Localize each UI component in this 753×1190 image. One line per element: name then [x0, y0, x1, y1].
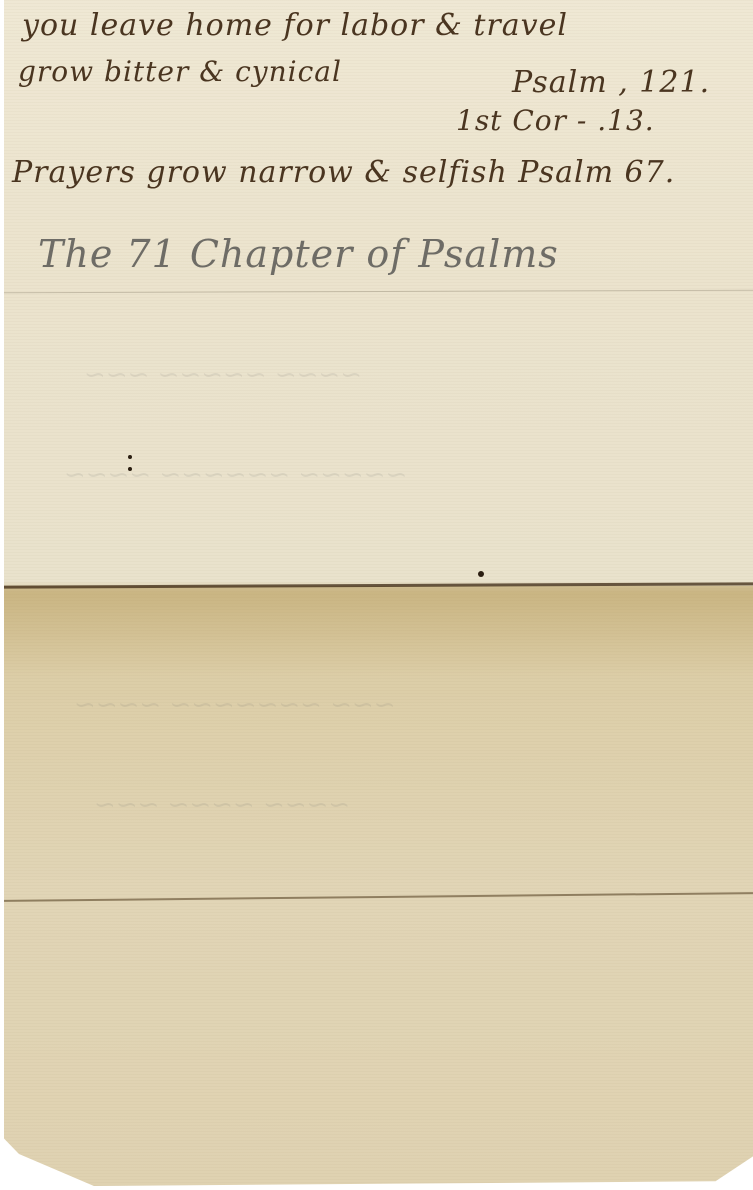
bleed-through-text: ~~~ ~~~~~~~ ~~~~	[74, 690, 396, 720]
letter-sheet: you leave home for labor & travel grow b…	[4, 0, 753, 1186]
ink-speck	[128, 455, 132, 459]
handwritten-line-3: Prayers grow narrow & selfish Psalm 67.	[12, 155, 675, 190]
ink-speck	[478, 571, 484, 577]
fold-line	[4, 892, 753, 902]
paper-stain	[4, 586, 753, 676]
scripture-reference-1cor-13: 1st Cor - .13.	[456, 104, 655, 137]
scripture-reference-psalm-121: Psalm , 121.	[512, 65, 710, 100]
ink-speck	[128, 467, 132, 471]
bleed-through-text: ~~~~ ~~~~ ~~~	[94, 790, 350, 820]
handwritten-line-2: grow bitter & cynical	[18, 55, 342, 88]
handwritten-line-1: you leave home for labor & travel	[22, 8, 568, 43]
bleed-through-text: ~~~~ ~~~~~ ~~~	[84, 360, 362, 390]
fold-line	[4, 290, 753, 294]
pencil-note: The 71 Chapter of Psalms	[38, 232, 559, 276]
bleed-through-text: ~~~~~ ~~~~~~ ~~~~	[64, 460, 407, 490]
